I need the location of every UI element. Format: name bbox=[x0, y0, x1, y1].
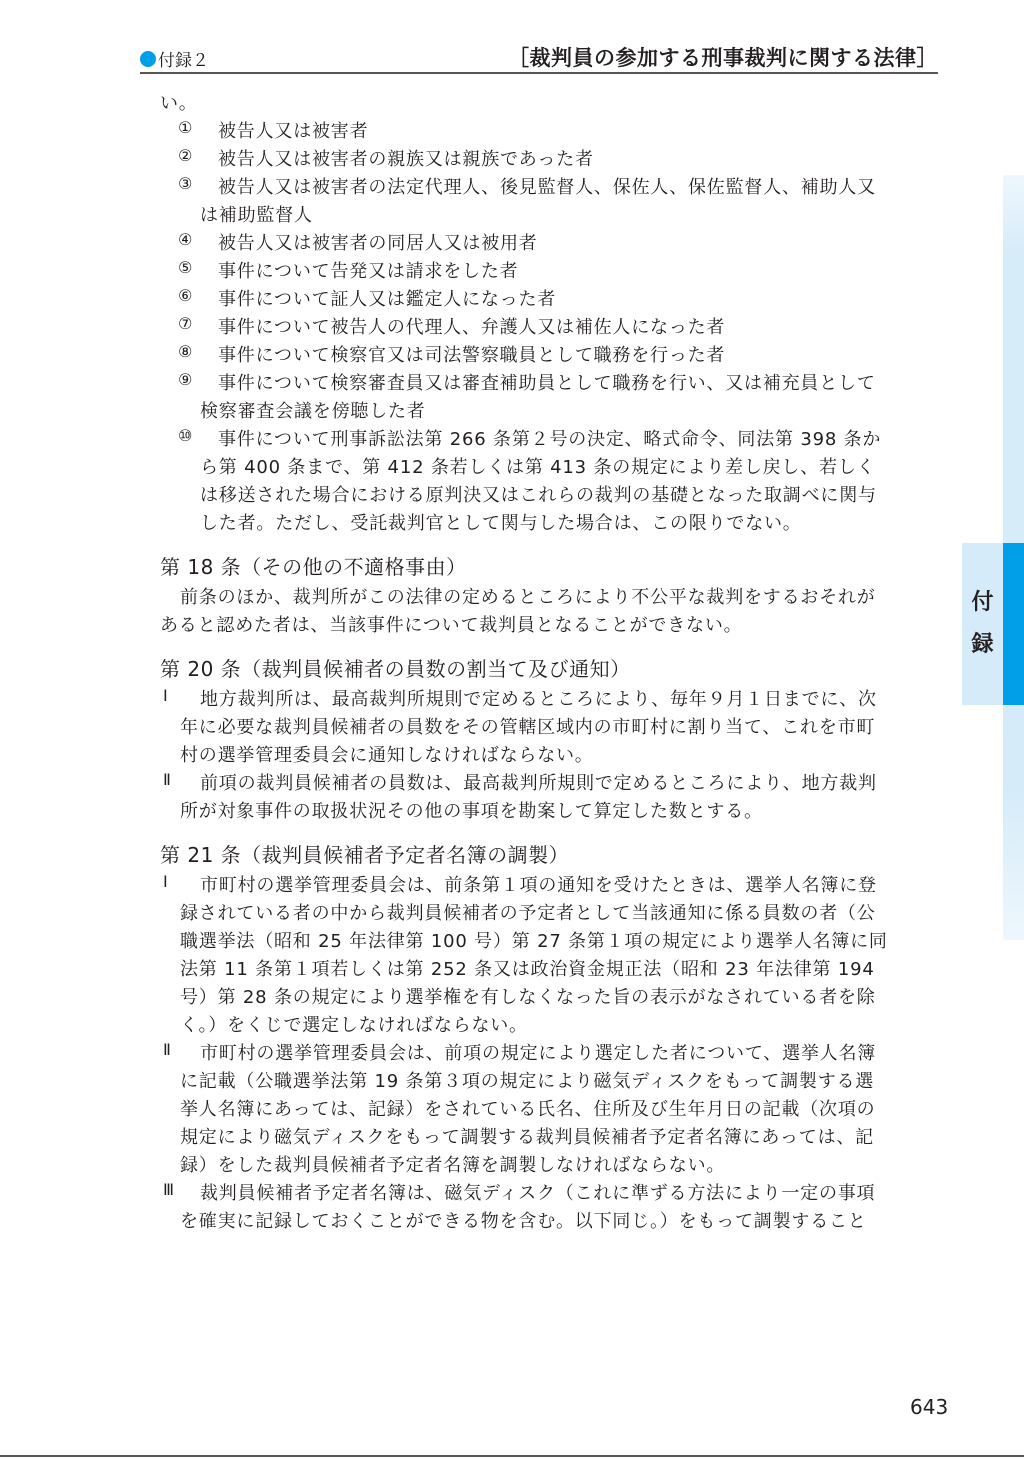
section-label: 付録２ bbox=[140, 46, 209, 71]
clause-line: 市町村の選挙管理委員会は、前項の規定により選定した者について、選挙人名簿 bbox=[200, 1040, 922, 1068]
item-line: 事件について検察審査員又は審査補助員として職務を行い、又は補充員として bbox=[218, 370, 922, 398]
item-line: 事件について刑事訴訟法第 266 条第２号の決定、略式命令、同法第 398 条か bbox=[218, 426, 922, 454]
clause-line: 号）第 28 条の規定により選挙権を有しなくなった旨の表示がなされている者を除 bbox=[180, 984, 922, 1012]
side-tab-char: 録 bbox=[971, 624, 993, 666]
item-line: 被告人又は被害者の法定代理人、後見監督人、保佐人、保佐監督人、補助人又 bbox=[218, 174, 922, 202]
item-marker: ④ bbox=[178, 230, 192, 249]
item-marker: ⑦ bbox=[178, 314, 192, 333]
paragraph-line: あると認めた者は、当該事件について裁判員となることができない。 bbox=[160, 612, 922, 640]
paragraph-line: 前条のほか、裁判所がこの法律の定めるところにより不公平な裁判をするおそれが bbox=[160, 584, 922, 612]
clause: Ⅱ 市町村の選挙管理委員会は、前項の規定により選定した者について、選挙人名簿 に… bbox=[160, 1040, 922, 1180]
article-20: 第 20 条（裁判員候補者の員数の割当て及び通知） Ⅰ 地方裁判所は、最高裁判所… bbox=[160, 654, 922, 826]
article-title: 第 21 条（裁判員候補者予定者名簿の調製） bbox=[160, 840, 922, 870]
side-tab-active-bar bbox=[1003, 543, 1024, 705]
item-line: 被告人又は被害者 bbox=[218, 118, 922, 146]
clause-line: 法第 11 条第１項若しくは第 252 条又は政治資金規正法（昭和 23 年法律… bbox=[180, 956, 922, 984]
clause-line: 裁判員候補者予定者名簿は、磁気ディスク（これに準ずる方法により一定の事項 bbox=[200, 1180, 922, 1208]
clause-line: 前項の裁判員候補者の員数は、最高裁判所規則で定めるところにより、地方裁判 bbox=[200, 770, 922, 798]
running-header: 付録２ ［裁判員の参加する刑事裁判に関する法律］ bbox=[140, 42, 938, 74]
item-line: 事件について検察官又は司法警察職員として職務を行った者 bbox=[218, 342, 922, 370]
clause-line: を確実に記録しておくことができる物を含む。以下同じ。）をもって調製すること bbox=[180, 1208, 922, 1236]
clause: Ⅰ 市町村の選挙管理委員会は、前条第１項の通知を受けたときは、選挙人名簿に登 録… bbox=[160, 872, 922, 1040]
side-tab-appendix[interactable]: 付 録 bbox=[962, 543, 1003, 705]
list-item: ⑤事件について告発又は請求をした者 bbox=[160, 258, 922, 286]
item-marker: ⑤ bbox=[178, 258, 192, 277]
article-paragraph: 前条のほか、裁判所がこの法律の定めるところにより不公平な裁判をするおそれが ある… bbox=[160, 584, 922, 640]
page-number: 643 bbox=[910, 1395, 948, 1419]
clause-line: 録されている者の中から裁判員候補者の予定者として当該通知に係る員数の者（公 bbox=[180, 900, 922, 928]
clause-line: 所が対象事件の取扱状況その他の事項を勘案して算定した数とする。 bbox=[180, 798, 922, 826]
item-line: 事件について告発又は請求をした者 bbox=[218, 258, 922, 286]
item-marker: ② bbox=[178, 146, 192, 165]
item-line: 事件について被告人の代理人、弁護人又は補佐人になった者 bbox=[218, 314, 922, 342]
clause-marker: Ⅲ bbox=[163, 1180, 174, 1199]
clause: Ⅲ 裁判員候補者予定者名簿は、磁気ディスク（これに準ずる方法により一定の事項 を… bbox=[160, 1180, 922, 1236]
clause-line: く。）をくじで選定しなければならない。 bbox=[180, 1012, 922, 1040]
item-marker: ③ bbox=[178, 174, 192, 193]
list-item: ②被告人又は被害者の親族又は親族であった者 bbox=[160, 146, 922, 174]
clause-line: 挙人名簿にあっては、記録）をされている氏名、住所及び生年月日の記載（次項の bbox=[180, 1096, 922, 1124]
article-18: 第 18 条（その他の不適格事由） 前条のほか、裁判所がこの法律の定めるところに… bbox=[160, 552, 922, 640]
list-item: ⑨事件について検察審査員又は審査補助員として職務を行い、又は補充員として検察審査… bbox=[160, 370, 922, 426]
clause-line: 録）をした裁判員候補者予定者名簿を調製しなければならない。 bbox=[180, 1152, 922, 1180]
clause-marker: Ⅱ bbox=[163, 770, 171, 789]
item-marker: ⑥ bbox=[178, 286, 192, 305]
item-line: ら第 400 条まで、第 412 条若しくは第 413 条の規定により差し戻し、… bbox=[200, 454, 922, 482]
list-item: ③被告人又は被害者の法定代理人、後見監督人、保佐人、保佐監督人、補助人又は補助監… bbox=[160, 174, 922, 230]
clause-line: 市町村の選挙管理委員会は、前条第１項の通知を受けたときは、選挙人名簿に登 bbox=[200, 872, 922, 900]
article-title: 第 20 条（裁判員候補者の員数の割当て及び通知） bbox=[160, 654, 922, 684]
chapter-title: ［裁判員の参加する刑事裁判に関する法律］ bbox=[508, 42, 938, 72]
clause: Ⅰ 地方裁判所は、最高裁判所規則で定めるところにより、毎年９月１日までに、次 年… bbox=[160, 686, 922, 770]
list-item: ④被告人又は被害者の同居人又は被用者 bbox=[160, 230, 922, 258]
item-line: 事件について証人又は鑑定人になった者 bbox=[218, 286, 922, 314]
article-title: 第 18 条（その他の不適格事由） bbox=[160, 552, 922, 582]
continued-text: い。 bbox=[160, 90, 922, 118]
list-item: ①被告人又は被害者 bbox=[160, 118, 922, 146]
item-marker: ⑧ bbox=[178, 342, 192, 361]
page-body: い。 ①被告人又は被害者 ②被告人又は被害者の親族又は親族であった者 ③被告人又… bbox=[160, 90, 922, 1236]
bullet-dot-icon bbox=[140, 51, 156, 67]
clause-line: に記載（公職選挙法第 19 条第３項の規定により磁気ディスクをもって調製する選 bbox=[180, 1068, 922, 1096]
clause-marker: Ⅰ bbox=[163, 686, 168, 705]
item-marker: ① bbox=[178, 118, 192, 137]
item-line: した者。ただし、受託裁判官として関与した場合は、この限りでない。 bbox=[200, 510, 922, 538]
list-item: ⑦事件について被告人の代理人、弁護人又は補佐人になった者 bbox=[160, 314, 922, 342]
clause-line: 村の選挙管理委員会に通知しなければならない。 bbox=[180, 742, 922, 770]
side-tab-char: 付 bbox=[971, 582, 993, 624]
list-item: ⑧事件について検察官又は司法警察職員として職務を行った者 bbox=[160, 342, 922, 370]
bottom-divider bbox=[0, 1455, 1024, 1457]
disqualification-list: ①被告人又は被害者 ②被告人又は被害者の親族又は親族であった者 ③被告人又は被害… bbox=[160, 118, 922, 538]
clause-marker: Ⅱ bbox=[163, 1040, 171, 1059]
list-item: ⑥事件について証人又は鑑定人になった者 bbox=[160, 286, 922, 314]
clause-line: 職選挙法（昭和 25 年法律第 100 号）第 27 条第１項の規定により選挙人… bbox=[180, 928, 922, 956]
article-21: 第 21 条（裁判員候補者予定者名簿の調製） Ⅰ 市町村の選挙管理委員会は、前条… bbox=[160, 840, 922, 1236]
clause: Ⅱ 前項の裁判員候補者の員数は、最高裁判所規則で定めるところにより、地方裁判 所… bbox=[160, 770, 922, 826]
item-line: 検察審査会議を傍聴した者 bbox=[200, 398, 922, 426]
clause-line: 地方裁判所は、最高裁判所規則で定めるところにより、毎年９月１日までに、次 bbox=[200, 686, 922, 714]
section-label-text: 付録２ bbox=[158, 46, 209, 71]
clause-line: 年に必要な裁判員候補者の員数をその管轄区域内の市町村に割り当て、これを市町 bbox=[180, 714, 922, 742]
item-line: は移送された場合における原判決又はこれらの裁判の基礎となった取調べに関与 bbox=[200, 482, 922, 510]
item-line: 被告人又は被害者の同居人又は被用者 bbox=[218, 230, 922, 258]
clause-line: 規定により磁気ディスクをもって調製する裁判員候補者予定者名簿にあっては、記 bbox=[180, 1124, 922, 1152]
item-line: は補助監督人 bbox=[200, 202, 922, 230]
item-marker: ⑨ bbox=[178, 370, 192, 389]
list-item: ⑩事件について刑事訴訟法第 266 条第２号の決定、略式命令、同法第 398 条… bbox=[160, 426, 922, 538]
clause-marker: Ⅰ bbox=[163, 872, 168, 891]
item-line: 被告人又は被害者の親族又は親族であった者 bbox=[218, 146, 922, 174]
item-marker: ⑩ bbox=[178, 426, 192, 445]
